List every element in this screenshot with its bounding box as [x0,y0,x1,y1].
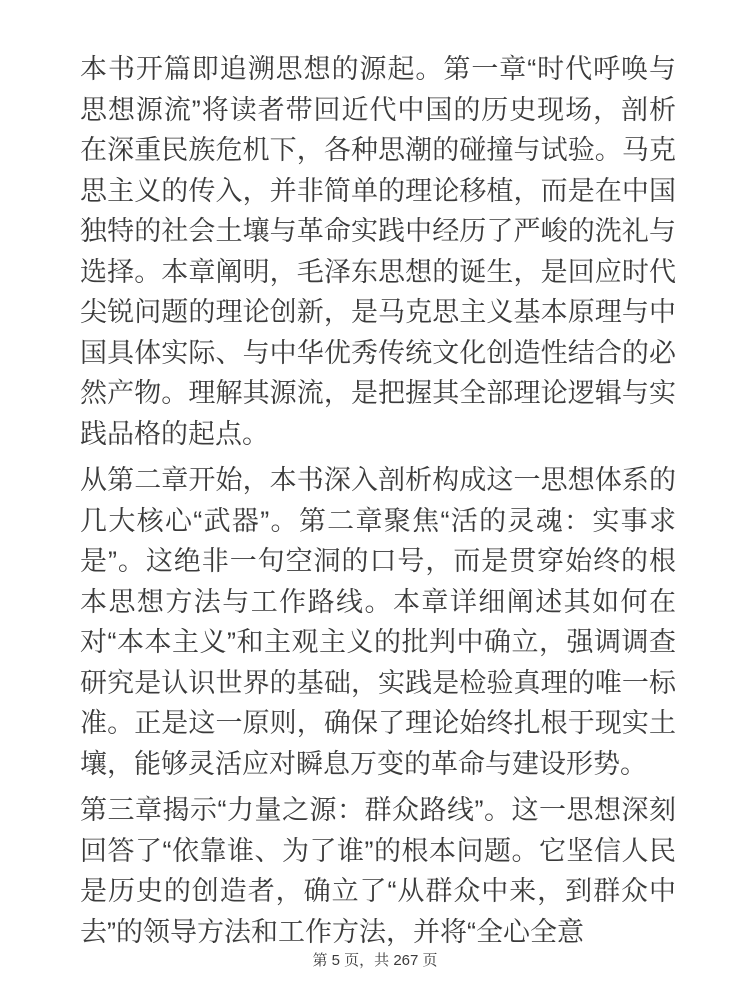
paragraph-2: 从第二章开始，本书深入剖析构成这一思想体系的几大核心“武器”。第二章聚焦“活的灵… [80,460,676,784]
paragraph-3: 第三章揭示“力量之源：群众路线”。这一思想深刻回答了“依靠谁、为了谁”的根本问题… [80,790,676,952]
paragraph-1: 本书开篇即追溯思想的源起。第一章“时代呼唤与思想源流”将读者带回近代中国的历史现… [80,49,676,454]
document-page: 本书开篇即追溯思想的源起。第一章“时代呼唤与思想源流”将读者带回近代中国的历史现… [0,0,750,1000]
page-number-footer: 第 5 页，共 267 页 [0,949,750,970]
document-content: 本书开篇即追溯思想的源起。第一章“时代呼唤与思想源流”将读者带回近代中国的历史现… [80,49,676,958]
